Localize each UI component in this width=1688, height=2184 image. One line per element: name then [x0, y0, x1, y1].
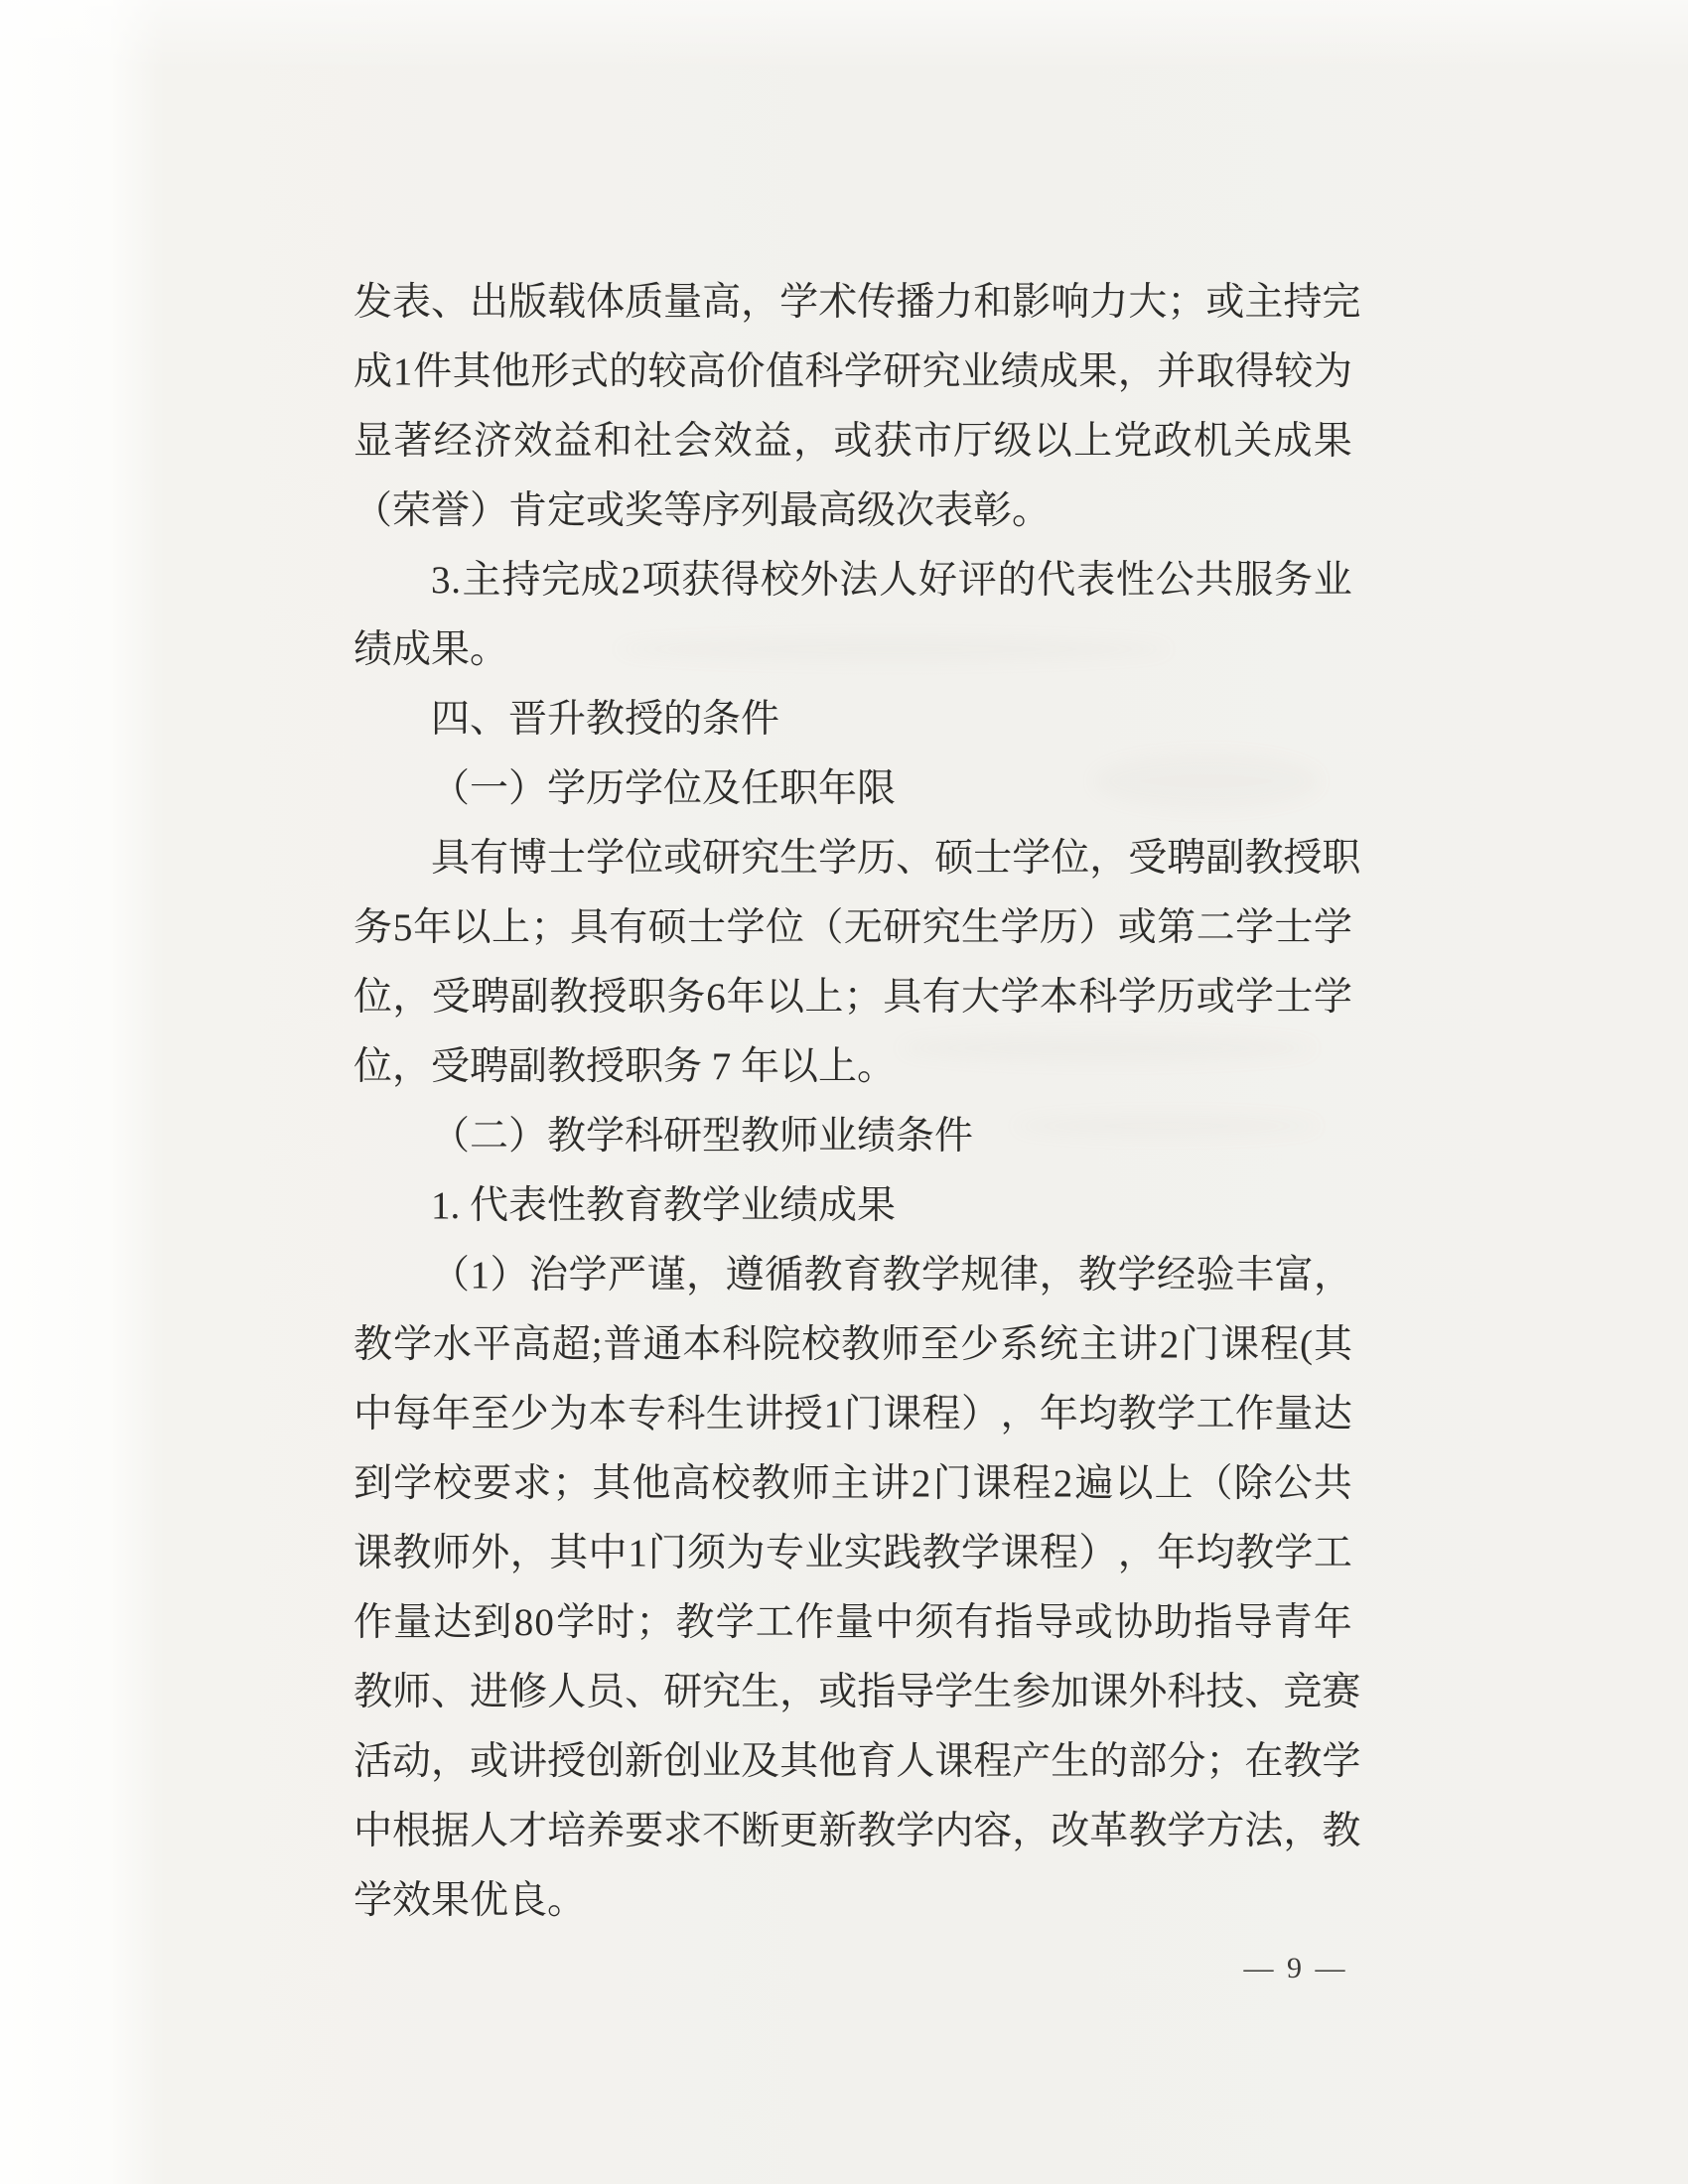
glyph: 少: [960, 1310, 999, 1380]
glyph: 其: [453, 338, 492, 407]
glyph: 学: [1235, 963, 1274, 1032]
glyph: 量: [663, 268, 702, 338]
glyph: ，: [1012, 1797, 1051, 1866]
glyph: ）: [1078, 1519, 1117, 1588]
glyph: .: [451, 546, 461, 615]
glyph: 科: [1167, 1658, 1205, 1727]
glyph: 授: [784, 1380, 823, 1449]
glyph: 学: [1167, 1797, 1205, 1866]
glyph: 上: [492, 893, 530, 963]
glyph: 生: [779, 824, 818, 893]
glyph: 件: [413, 338, 452, 407]
glyph: 大: [961, 963, 1000, 1032]
glyph: 部: [1128, 1727, 1167, 1797]
glyph: ，: [392, 963, 431, 1032]
glyph: 讲: [871, 1449, 910, 1519]
glyph: 达: [1314, 1380, 1352, 1449]
glyph: 共: [1195, 546, 1233, 615]
document-page: 发表、出版载体质量高，学术传播力和影响力大；或主持完成 1 件其他形式的较高价值…: [0, 0, 1688, 2184]
glyph: 中: [353, 1380, 392, 1449]
glyph: 科: [666, 1380, 705, 1449]
glyph: 研: [663, 1658, 702, 1727]
glyph: 士: [1274, 893, 1313, 963]
glyph: 年: [1040, 1380, 1078, 1449]
glyph: 或: [833, 407, 872, 477]
glyph: 验: [1196, 1241, 1234, 1310]
glyph: 其: [549, 1519, 588, 1588]
glyph: 业: [804, 1519, 843, 1588]
glyph: 副: [1205, 824, 1244, 893]
glyph: 效: [714, 407, 753, 477]
glyph: ）: [490, 1241, 528, 1310]
glyph: 式: [570, 338, 609, 407]
glyph: 关: [1233, 407, 1272, 477]
glyph: 人: [879, 546, 917, 615]
text-line-12: 位，受聘副教授职务 7 年以上。: [353, 1032, 1352, 1102]
glyph: 程: [973, 1727, 1012, 1797]
glyph: 成: [1040, 338, 1078, 407]
glyph: 他: [492, 338, 530, 407]
glyph: 主: [463, 546, 501, 615]
glyph: 成: [581, 546, 620, 615]
glyph: 断: [741, 1797, 779, 1866]
glyph: 士: [547, 824, 586, 893]
glyph: 性: [1116, 546, 1155, 615]
glyph: 2: [1160, 1310, 1180, 1380]
glyph: 项: [641, 546, 680, 615]
glyph: 或: [1074, 1588, 1113, 1658]
glyph: 学: [818, 824, 857, 893]
glyph: 以: [453, 893, 492, 963]
page-number-text: — 9 —: [1244, 1952, 1348, 1984]
glyph: 遍: [1074, 1449, 1113, 1519]
glyph: 学: [1235, 893, 1274, 963]
glyph: 价: [727, 338, 766, 407]
glyph: 系: [1000, 1310, 1039, 1380]
glyph: 富: [1274, 1241, 1313, 1310]
glyph: 院: [762, 1310, 800, 1380]
glyph: 专: [766, 1519, 804, 1588]
glyph: 本: [682, 1310, 721, 1380]
glyph: 学: [844, 338, 883, 407]
glyph: 律: [1000, 1241, 1039, 1310]
text-line-11: 位，受聘副教授职务 6 年以上；具有大学本科学历或学士学: [353, 963, 1352, 1032]
glyph: ）: [961, 1380, 1000, 1449]
text-line-18: 到学校要求；其他高校教师主讲 2 门课程 2 遍以上（除公共: [353, 1449, 1352, 1519]
glyph: 年: [1314, 1588, 1352, 1658]
glyph: ，: [1283, 1797, 1322, 1866]
glyph: 上: [1154, 1449, 1193, 1519]
text-line-23: 中根据人才培养要求不断更新教学内容，改革教学方法，教: [353, 1797, 1352, 1866]
glyph: 教: [549, 963, 588, 1032]
glyph: 人: [470, 1797, 508, 1866]
glyph: 研: [702, 824, 741, 893]
glyph: 法: [839, 546, 878, 615]
glyph: 达: [433, 1588, 472, 1658]
glyph: 学: [1000, 963, 1039, 1032]
glyph: 历: [1040, 893, 1078, 963]
glyph: （: [1195, 1449, 1233, 1519]
glyph: 获: [874, 407, 913, 477]
glyph: 术: [818, 268, 857, 338]
glyph: 均: [1196, 1519, 1235, 1588]
glyph: 专: [628, 1380, 666, 1449]
glyph: 以: [1034, 407, 1072, 477]
glyph: 中: [875, 1588, 914, 1658]
glyph: 为: [1314, 338, 1352, 407]
glyph: 工: [756, 1588, 794, 1658]
glyph: 或: [818, 1658, 857, 1727]
glyph: 持: [501, 546, 540, 615]
glyph: 及: [741, 1727, 779, 1797]
glyph: 职: [1322, 824, 1360, 893]
glyph: 学: [1314, 893, 1352, 963]
glyph: 他: [818, 1727, 857, 1797]
glyph: 有: [922, 963, 961, 1032]
glyph: 教: [1322, 1797, 1360, 1866]
glyph: 年: [1157, 1519, 1196, 1588]
glyph: 产: [1012, 1727, 1051, 1797]
glyph: 要: [473, 1449, 511, 1519]
glyph: 会: [673, 407, 712, 477]
glyph: 机: [1194, 407, 1232, 477]
glyph: 形: [530, 338, 569, 407]
glyph: 取: [1196, 338, 1235, 407]
glyph: 学: [1012, 824, 1051, 893]
glyph: 年: [432, 1380, 471, 1449]
glyph: （: [431, 1241, 470, 1310]
text-line-2: 成 1 件其他形式的较高价值科学研究业绩成果，并取得较为: [353, 338, 1352, 407]
glyph: 务: [1274, 546, 1313, 615]
glyph: 、: [625, 1658, 663, 1727]
glyph: 教: [1118, 1380, 1157, 1449]
glyph: 课: [973, 1449, 1012, 1519]
glyph: 育: [843, 1241, 882, 1310]
glyph: 士: [1274, 963, 1313, 1032]
glyph: 载: [547, 268, 586, 338]
glyph: 果: [1078, 338, 1117, 407]
glyph: 工: [1196, 1380, 1235, 1449]
glyph: 代: [1037, 546, 1075, 615]
glyph: 谨: [646, 1241, 685, 1310]
glyph: ，: [793, 407, 832, 477]
glyph: 业: [1314, 546, 1352, 615]
glyph: 外: [1128, 1658, 1167, 1727]
glyph: 学: [556, 1588, 595, 1658]
glyph: 教: [803, 1241, 842, 1310]
glyph: 成: [353, 338, 392, 407]
glyph: 通: [642, 1310, 681, 1380]
glyph: 据: [431, 1797, 470, 1866]
glyph: 究: [922, 338, 961, 407]
glyph: 实: [844, 1519, 883, 1588]
glyph: 进: [470, 1658, 508, 1727]
glyph: 课: [1089, 1658, 1128, 1727]
glyph: 除: [1234, 1449, 1273, 1519]
glyph: 教: [353, 1310, 392, 1380]
glyph: 求: [663, 1797, 702, 1866]
glyph: 高: [512, 1310, 551, 1380]
glyph: 遵: [725, 1241, 764, 1310]
text-line-10: 务 5 年以上；具有硕士学位（无研究生学历）或第二学士学: [353, 893, 1352, 963]
glyph: 学: [727, 893, 766, 963]
glyph: 门: [844, 1380, 883, 1449]
glyph: 表: [1076, 546, 1115, 615]
glyph: 学: [1314, 963, 1352, 1032]
glyph: 讲: [508, 1727, 547, 1797]
glyph: 二: [1196, 893, 1235, 963]
glyph: 和: [973, 268, 1012, 338]
glyph: 外: [471, 1519, 509, 1588]
glyph: 市: [914, 407, 952, 477]
glyph: 位: [766, 893, 804, 963]
glyph: 好: [918, 546, 957, 615]
glyph: 学: [393, 1310, 432, 1380]
glyph: 指: [995, 1588, 1034, 1658]
glyph: 学: [586, 824, 625, 893]
glyph: 济: [474, 407, 512, 477]
glyph: ，: [779, 1658, 818, 1727]
page-number: — 9 —: [1216, 1952, 1375, 1985]
glyph: 以: [1114, 1449, 1153, 1519]
glyph: 作: [795, 1588, 834, 1658]
glyph: 其: [592, 1449, 631, 1519]
glyph: 党: [1113, 407, 1152, 477]
glyph: (: [1300, 1310, 1313, 1380]
glyph: 具: [883, 963, 921, 1032]
text-line-4: （荣誉）肯定或奖等序列最高级次表彰。: [353, 477, 1352, 546]
glyph: 学: [921, 1241, 960, 1310]
text-line-21: 教师、进修人员、研究生，或指导学生参加课外科技、竞赛: [353, 1658, 1352, 1727]
glyph: 、: [896, 824, 934, 893]
glyph: 著: [393, 407, 432, 477]
glyph: 主: [1244, 268, 1283, 338]
glyph: 士: [973, 824, 1012, 893]
glyph: 其: [1314, 1310, 1352, 1380]
glyph: 历: [857, 824, 896, 893]
glyph: 无: [844, 893, 883, 963]
glyph: 体: [586, 268, 625, 338]
glyph: 师: [392, 1658, 431, 1727]
text-line-17: 中每年至少为本专科生讲授 1 门课程），年均教学工作量达: [353, 1380, 1352, 1449]
glyph: 或: [1118, 893, 1157, 963]
text-line-15: （1）治学严谨，遵循教育教学规律，教学经验丰富，: [353, 1241, 1352, 1310]
glyph: 程: [1260, 1310, 1299, 1380]
glyph: ，: [431, 1727, 470, 1797]
glyph: 第: [1157, 893, 1196, 963]
glyph: 较: [1274, 338, 1313, 407]
glyph: 导: [1035, 1588, 1073, 1658]
glyph: 有: [470, 824, 508, 893]
glyph: 有: [609, 893, 647, 963]
glyph: 益: [754, 407, 792, 477]
glyph: 以: [766, 963, 804, 1032]
glyph: 时: [596, 1588, 634, 1658]
glyph: 新: [818, 1797, 857, 1866]
glyph: ）: [1078, 893, 1117, 963]
glyph: 益: [553, 407, 592, 477]
glyph: 教: [882, 1241, 920, 1310]
glyph: 容: [973, 1797, 1012, 1866]
glyph: 校: [761, 546, 799, 615]
glyph: 循: [765, 1241, 803, 1310]
glyph: 根: [392, 1797, 431, 1866]
glyph: 完: [1322, 268, 1360, 338]
glyph: 生: [706, 1380, 745, 1449]
glyph: 版: [508, 268, 547, 338]
glyph: 教: [752, 1449, 790, 1519]
glyph: 学: [1157, 1380, 1196, 1449]
glyph: 普: [604, 1310, 642, 1380]
glyph: 为: [549, 1380, 588, 1449]
glyph: 内: [934, 1797, 973, 1866]
glyph: 位: [1051, 824, 1089, 893]
glyph: 级: [994, 407, 1033, 477]
glyph: 得: [721, 546, 760, 615]
glyph: 有: [954, 1588, 993, 1658]
glyph: 校: [433, 1449, 472, 1519]
glyph: 教: [922, 1519, 961, 1588]
glyph: 务: [353, 893, 392, 963]
glyph: 年: [413, 893, 452, 963]
glyph: 1: [393, 338, 413, 407]
glyph: 学: [568, 1241, 607, 1310]
glyph: 较: [648, 338, 687, 407]
glyph: 育: [857, 1727, 896, 1797]
glyph: 果: [1314, 407, 1352, 477]
glyph: ，: [1089, 824, 1128, 893]
glyph: 至: [471, 1380, 509, 1449]
glyph: 量: [1274, 1380, 1313, 1449]
glyph: 业: [702, 1727, 741, 1797]
glyph: 超: [552, 1310, 591, 1380]
glyph: 历: [1157, 963, 1196, 1032]
glyph: 革: [1089, 1797, 1128, 1866]
glyph: 量: [393, 1588, 432, 1658]
glyph: 师: [881, 1310, 919, 1380]
glyph: ；: [844, 963, 883, 1032]
glyph: 影: [1012, 268, 1051, 338]
glyph: 学: [393, 1449, 432, 1519]
glyph: 学: [1000, 893, 1039, 963]
glyph: 养: [586, 1797, 625, 1866]
glyph: 其: [779, 1727, 818, 1797]
glyph: 科: [722, 1310, 761, 1380]
glyph: 方: [1205, 1797, 1244, 1866]
glyph: 培: [547, 1797, 586, 1866]
glyph: ;: [592, 1310, 603, 1380]
glyph: 每: [392, 1380, 431, 1449]
glyph: 副: [510, 963, 549, 1032]
glyph: 得: [1235, 338, 1274, 407]
glyph: 规: [960, 1241, 999, 1310]
glyph: 门: [933, 1449, 972, 1519]
glyph: 社: [633, 407, 672, 477]
glyph: 表: [392, 268, 431, 338]
glyph: 持: [1283, 268, 1322, 338]
glyph: 践: [883, 1519, 921, 1588]
glyph: 2: [1054, 1449, 1073, 1519]
glyph: 8: [514, 1588, 534, 1658]
glyph: 人: [547, 1658, 586, 1727]
glyph: 均: [1078, 1380, 1117, 1449]
glyph: 学: [961, 1519, 1000, 1588]
glyph: 本: [589, 1380, 628, 1449]
glyph: 课: [1000, 1519, 1039, 1588]
glyph: 青: [1274, 1588, 1313, 1658]
glyph: 力: [1089, 268, 1128, 338]
glyph: 学: [1117, 1241, 1156, 1310]
glyph: 发: [353, 268, 392, 338]
glyph: 或: [1205, 268, 1244, 338]
glyph: 法: [1244, 1797, 1283, 1866]
glyph: 生: [741, 1658, 779, 1727]
glyph: 评: [958, 546, 997, 615]
glyph: 学: [1274, 1519, 1313, 1588]
glyph: 教: [1283, 1727, 1322, 1797]
glyph: 才: [508, 1797, 547, 1866]
glyph: 2: [912, 1449, 931, 1519]
glyph: 公: [1156, 546, 1195, 615]
glyph: 人: [896, 1727, 934, 1797]
glyph: 务: [666, 963, 705, 1032]
glyph: 经: [1157, 1241, 1196, 1310]
glyph: 科: [804, 338, 843, 407]
text-line-22: 活动，或讲授创新创业及其他育人课程产生的部分；在教学: [353, 1727, 1352, 1797]
glyph: 不: [702, 1797, 741, 1866]
glyph: 创: [663, 1727, 702, 1797]
glyph: 讲: [745, 1380, 783, 1449]
glyph: 6: [706, 963, 726, 1032]
document-text-block: 发表、出版载体质量高，学术传播力和影响力大；或主持完成 1 件其他形式的较高价值…: [353, 268, 1352, 1936]
glyph: 播: [896, 268, 934, 338]
glyph: 业: [961, 338, 1000, 407]
glyph: 完: [541, 546, 580, 615]
glyph: 究: [922, 893, 961, 963]
glyph: 水: [433, 1310, 472, 1380]
glyph: 师: [791, 1449, 830, 1519]
glyph: 程: [1013, 1449, 1052, 1519]
glyph: 师: [432, 1519, 471, 1588]
glyph: 士: [687, 893, 726, 963]
glyph: 更: [779, 1797, 818, 1866]
text-line-7: 四、晋升教授的条件: [353, 685, 1352, 754]
glyph: ；: [530, 893, 569, 963]
glyph: 0: [534, 1588, 554, 1658]
glyph: 门: [1181, 1310, 1219, 1380]
glyph: 或: [1196, 963, 1235, 1032]
glyph: （: [804, 893, 843, 963]
glyph: 5: [393, 893, 413, 963]
glyph: 协: [1114, 1588, 1153, 1658]
glyph: 程: [1040, 1519, 1078, 1588]
glyph: 赛: [1322, 1658, 1360, 1727]
glyph: 1: [471, 1241, 491, 1310]
glyph: 获: [681, 546, 720, 615]
glyph: 学: [779, 268, 818, 338]
text-line-16: 教学水平高超;普通本科院校教师至少系统主讲 2 门课程(其: [353, 1310, 1352, 1380]
glyph: ，: [1118, 338, 1157, 407]
glyph: 课: [934, 1727, 973, 1797]
glyph: 课: [883, 1380, 921, 1449]
glyph: 学: [896, 1797, 934, 1866]
glyph: 究: [702, 1658, 741, 1727]
text-line-9: 具有博士学位或研究生学历、硕士学位，受聘副教授职: [353, 824, 1352, 893]
glyph: 公: [1274, 1449, 1313, 1519]
glyph: 高: [687, 338, 726, 407]
glyph: 厅: [953, 407, 992, 477]
glyph: ，: [1118, 1519, 1157, 1588]
